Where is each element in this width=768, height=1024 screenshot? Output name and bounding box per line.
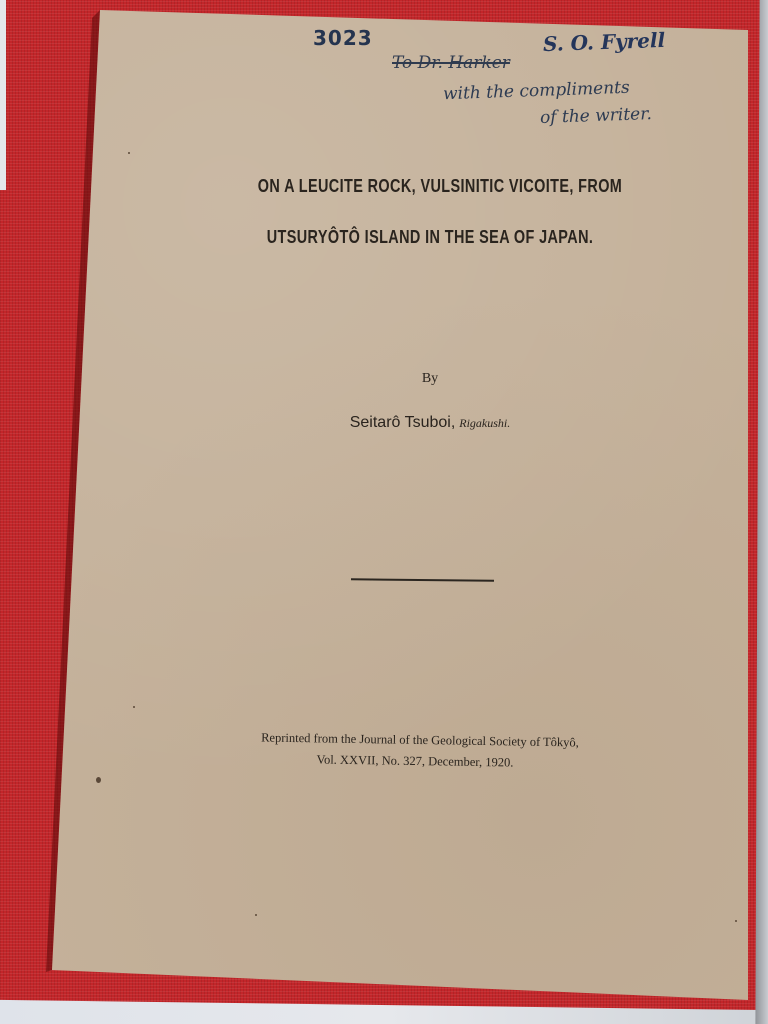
paper-speck (735, 920, 737, 922)
paper-speck (133, 706, 135, 708)
table-surface-left (0, 0, 6, 190)
offprint-page (0, 0, 768, 1024)
compliments-note-line-2: of the writer. (540, 104, 652, 128)
author-degree: Rigakushi. (459, 416, 510, 430)
title-line-1: ON A LEUCITE ROCK, VULSINITIC VICOITE, F… (245, 175, 635, 197)
author-line: Seitarô Tsuboi, Rigakushi. (300, 414, 560, 432)
paper-speck (96, 777, 101, 783)
author-name: Seitarô Tsuboi, (350, 414, 456, 431)
manuscript-number: 3023 (313, 26, 373, 50)
owner-signature: S. O. Fyrell (543, 28, 666, 56)
paper-speck (128, 152, 130, 154)
title-line-2: UTSURYÔTÔ ISLAND IN THE SEA OF JAPAN. (235, 226, 625, 248)
paper-speck (255, 914, 257, 916)
photo-scene: 3023 S. O. Fyrell To Dr. Harker with the… (0, 0, 768, 1024)
struck-dedication: To Dr. Harker (392, 53, 510, 73)
by-label: By (400, 371, 460, 387)
